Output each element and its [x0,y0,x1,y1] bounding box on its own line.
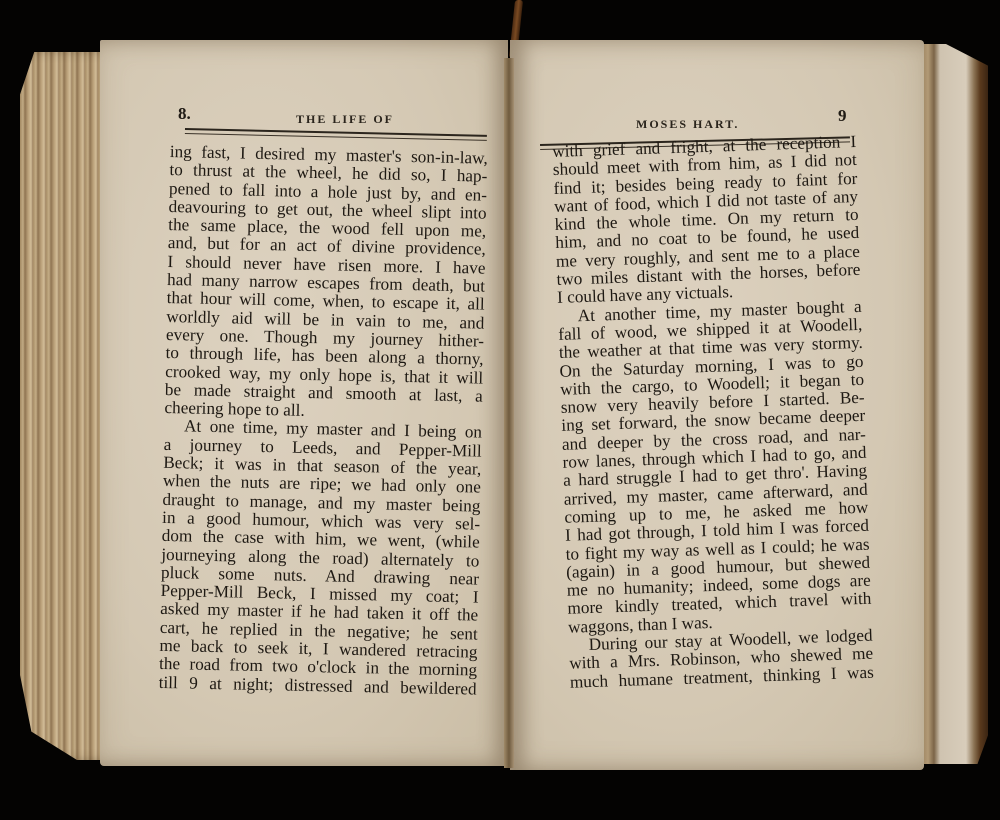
left-page-body: ing fast, I desired my master's son-in-l… [159,143,488,698]
right-running-head: MOSES HART. [636,117,739,132]
left-page-number: 8. [178,104,191,124]
open-book-photo: 8. THE LIFE OF MOSES HART. 9 ing fast, I… [0,0,1000,820]
right-page-edges-and-cover [918,44,988,764]
right-page-number: 9 [838,106,847,126]
right-page-body: with grief and fright, at the reception … [552,133,874,692]
left-running-head: THE LIFE OF [296,112,394,127]
book-gutter [504,58,514,768]
